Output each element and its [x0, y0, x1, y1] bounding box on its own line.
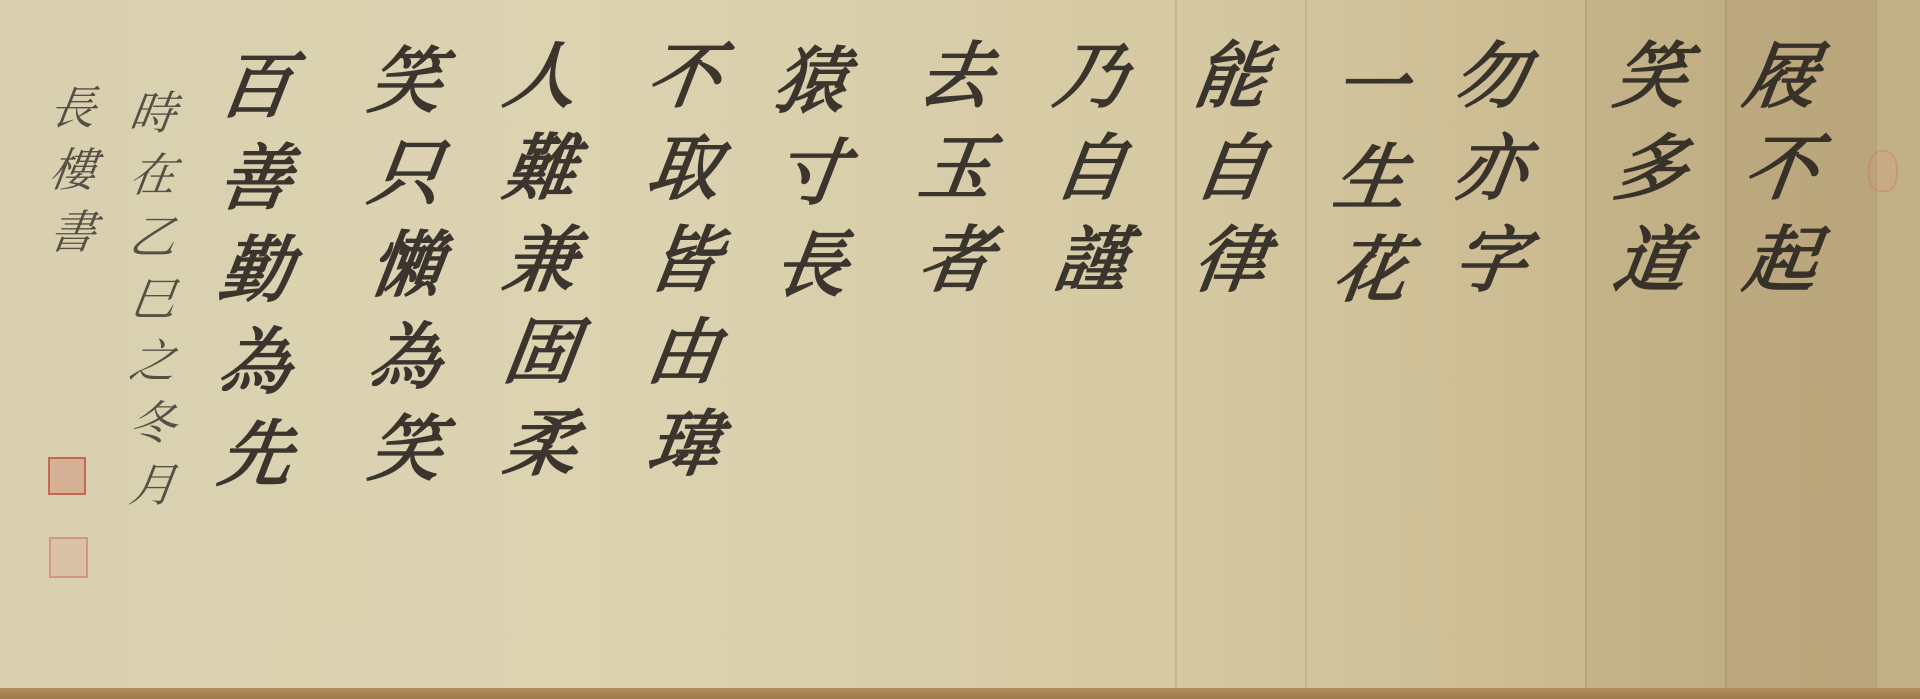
- calligraphy-character: 不: [643, 40, 725, 112]
- calligraphy-character: 柔: [500, 408, 582, 480]
- calligraphy-character: 為: [365, 321, 447, 393]
- calligraphy-character: 勤: [215, 234, 297, 306]
- calligraphy-character: 謹: [1050, 224, 1132, 296]
- calligraphy-character: 起: [1740, 224, 1822, 296]
- calligraphy-character: 自: [1190, 132, 1272, 204]
- calligraphy-character: 不: [1740, 132, 1822, 204]
- calligraphy-character: 能: [1190, 40, 1272, 112]
- calligraphy-column-10: 人難兼固柔: [505, 40, 577, 500]
- calligraphy-character: 百: [215, 50, 297, 122]
- calligraphy-character: 人: [500, 40, 582, 112]
- calligraphy-character: 善: [215, 142, 297, 214]
- calligraphy-character: 巳: [127, 276, 179, 322]
- calligraphy-character: 皆: [643, 224, 725, 296]
- calligraphy-column-4: 一生花: [1335, 50, 1407, 326]
- calligraphy-character: 先: [215, 418, 297, 490]
- calligraphy-character: 樓: [47, 147, 99, 193]
- calligraphy-character: 由: [643, 316, 725, 388]
- calligraphy-character: 笑: [1610, 40, 1692, 112]
- calligraphy-character: 書: [47, 209, 99, 255]
- calligraphy-character: 者: [915, 224, 997, 296]
- calligraphy-character: 時: [127, 90, 179, 136]
- calligraphy-character: 一: [1330, 50, 1412, 122]
- calligraphy-character: 冬: [127, 400, 179, 446]
- calligraphy-character: 自: [1050, 132, 1132, 204]
- calligraphy-column-7: 去玉者: [920, 40, 992, 316]
- name-seal-1: [48, 457, 86, 495]
- calligraphy-character: 乙: [127, 214, 179, 260]
- calligraphy-character: 取: [643, 132, 725, 204]
- calligraphy-column-11: 笑只懶為笑: [370, 45, 442, 505]
- calligraphy-character: 花: [1330, 234, 1412, 306]
- panel-seam: [1175, 0, 1177, 688]
- calligraphy-column-2: 笑多道: [1615, 40, 1687, 316]
- calligraphy-character: 在: [127, 152, 179, 198]
- calligraphy-character: 道: [1610, 224, 1692, 296]
- panel-seam: [1585, 0, 1587, 688]
- calligraphy-character: 長: [770, 229, 852, 301]
- calligraphy-character: 字: [1450, 224, 1532, 296]
- calligraphy-column-9: 不取皆由瑋: [648, 40, 720, 500]
- calligraphy-character: 猿: [770, 45, 852, 117]
- calligraphy-character: 兼: [500, 224, 582, 296]
- calligraphy-column-12: 百善勤為先: [220, 50, 292, 510]
- calligraphy-character: 多: [1610, 132, 1692, 204]
- name-seal-2: [49, 537, 88, 578]
- calligraphy-character: 懶: [365, 229, 447, 301]
- calligraphy-character: 玉: [915, 132, 997, 204]
- wooden-table-edge: [0, 688, 1920, 699]
- calligraphy-character: 乃: [1050, 40, 1132, 112]
- calligraphy-character: 律: [1190, 224, 1272, 296]
- calligraphy-character: 瑋: [643, 408, 725, 480]
- inscription-column: 時在乙巳之冬月: [128, 90, 178, 524]
- calligraphy-character: 為: [215, 326, 297, 398]
- calligraphy-character: 之: [127, 338, 179, 384]
- calligraphy-column-6: 乃自謹: [1055, 40, 1127, 316]
- calligraphy-character: 亦: [1450, 132, 1532, 204]
- calligraphy-column-3: 勿亦字: [1455, 40, 1527, 316]
- calligraphy-character: 勿: [1450, 40, 1532, 112]
- signature-column: 長樓書: [48, 85, 98, 271]
- calligraphy-scroll: 屐不起 笑多道 勿亦字 一生花 能自律 乃自謹 去玉者 猿寸長 不取皆由瑋 人難…: [0, 0, 1920, 690]
- leading-seal: [1868, 150, 1898, 192]
- calligraphy-character: 寸: [770, 137, 852, 209]
- panel-seam: [1725, 0, 1727, 688]
- calligraphy-character: 只: [365, 137, 447, 209]
- calligraphy-character: 固: [500, 316, 582, 388]
- calligraphy-character: 月: [127, 462, 179, 508]
- calligraphy-character: 難: [500, 132, 582, 204]
- calligraphy-character: 去: [915, 40, 997, 112]
- calligraphy-character: 笑: [365, 45, 447, 117]
- calligraphy-character: 生: [1330, 142, 1412, 214]
- calligraphy-column-8: 猿寸長: [775, 45, 847, 321]
- panel-seam: [1875, 0, 1877, 688]
- calligraphy-column-1: 屐不起: [1745, 40, 1817, 316]
- panel-seam: [1305, 0, 1307, 688]
- calligraphy-column-5: 能自律: [1195, 40, 1267, 316]
- calligraphy-character: 長: [47, 85, 99, 131]
- calligraphy-character: 屐: [1740, 40, 1822, 112]
- calligraphy-character: 笑: [365, 413, 447, 485]
